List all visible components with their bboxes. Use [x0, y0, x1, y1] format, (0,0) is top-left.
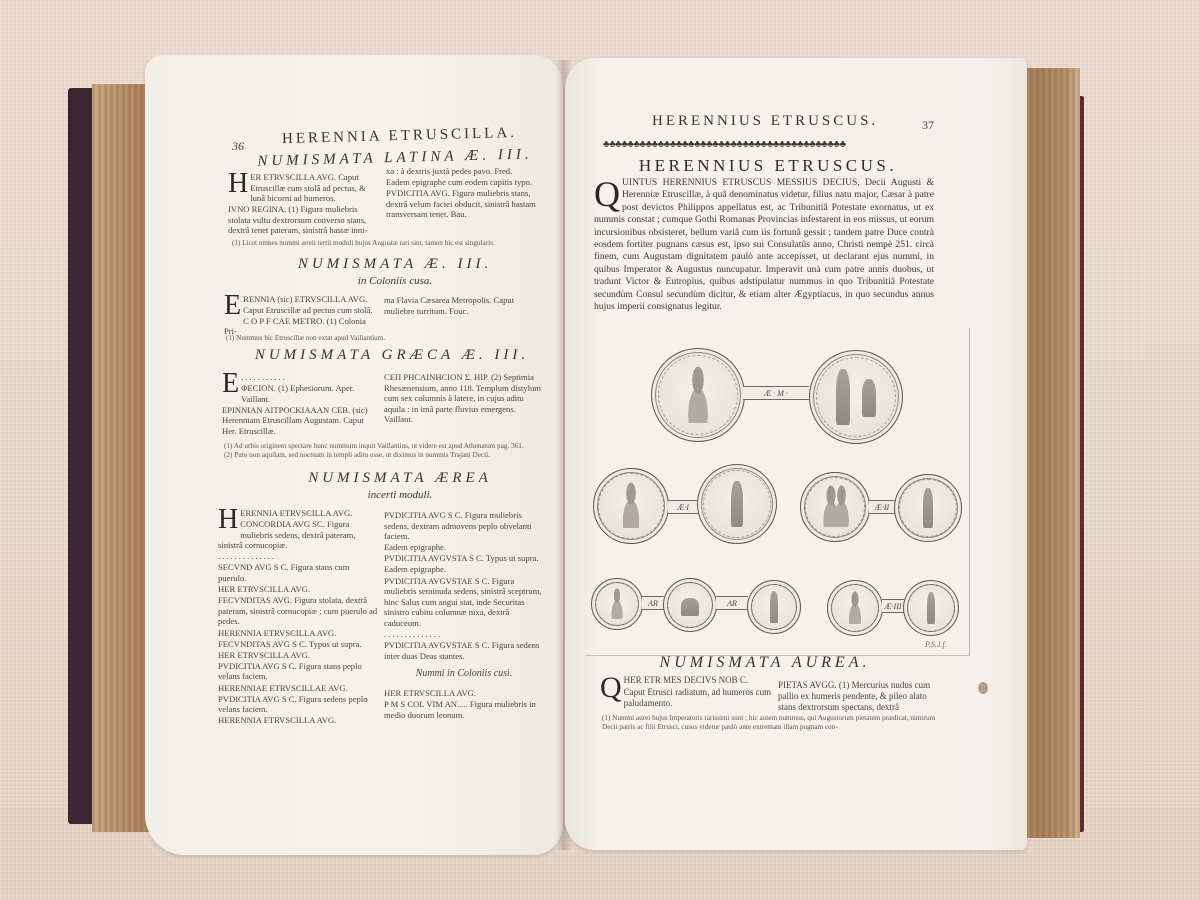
subheading-coloniis: Nummi in Coloniis cusi. [384, 669, 544, 680]
chapter-heading: HERENNIUS ETRUSCUS. [603, 156, 933, 176]
entry-text: PVDICITIA AVG S C. Figura stans peplo ve… [218, 661, 378, 682]
coin-link-label: AR [642, 596, 664, 610]
section-subtitle-coloniis: in Coloniis cusa. [240, 275, 550, 287]
footnote: (1) Licet omnes nummi æreii tertii modul… [232, 239, 542, 248]
paper-stain [978, 682, 988, 694]
entry-text: EPINNIAN AITPOCKIAAAN CEB. (sic) Herenni… [222, 405, 374, 437]
entry-text: CEΠ PHCAINHCION Σ. HIP. (2) Septimia Rhe… [384, 372, 544, 425]
entry-text: PVDICITIA AVG S C. Figura sedens peplo v… [218, 694, 378, 715]
section-title-aurea: NUMISMATA AUREA. [600, 654, 930, 672]
coin-link-label: AR [716, 596, 748, 610]
section-subtitle-incerti: incerti moduli. [240, 489, 560, 501]
section-aerea-col1: H ERENNIA ETRVSCILLA AVG. CONCORDIA AVG … [218, 508, 378, 726]
entry-text: Eadem epigraphe cum eodem capitis typo. [386, 177, 544, 188]
coin-obverse-jugate [800, 472, 870, 542]
section-graeca-col1: E ........... ΦECION. (1) Ephesiorum. Ap… [222, 372, 374, 437]
entry-text: HERENNIAE ETRVSCILLAE AVG. [218, 683, 378, 694]
entry-text: HER ETRVSCILLA AVG. [384, 688, 544, 699]
entry-text: PVDICITIA AVGVSTA S C. Typus ut supra. [384, 553, 544, 564]
entry-text: FECVNDITAS AVG S C. Typus ut supra. [218, 639, 378, 650]
entry-text: ........... [222, 372, 374, 383]
footnote: (1) Nummus hic Etruscillæ non extat apud… [226, 334, 536, 343]
entry-text: HER ETRVSCILLA AVG. [218, 584, 378, 595]
section-title-aerea: NUMISMATA ÆREA [240, 470, 560, 487]
coin-obverse-bust [827, 580, 883, 636]
entry-text: PVDICITIA AVG S C. Figura muliebris sede… [384, 510, 544, 542]
dropcap: E [222, 372, 239, 396]
coin-reverse-horseman [663, 578, 717, 632]
entry-text: .............. [384, 629, 544, 640]
dropcap: H [218, 508, 238, 532]
coin-reverse-standing [697, 464, 777, 544]
section-title-ae3: NUMISMATA Æ. III. [240, 256, 550, 273]
section-ae3-col1: E RENNIA (sic) ETRVSCILLA AVG. Caput Etr… [224, 294, 374, 337]
entry-text: PVDICITIA AVGVSTAE S C. Figura muliebris… [384, 576, 544, 629]
intro-paragraph: Q UINTUS HERENNIUS ETRUSCUS MESSIUS DECI… [594, 177, 934, 313]
section-latina-col2: xa : à dextris juxtà pedes pavo. Fred. E… [386, 166, 544, 220]
section-title-graeca: NUMISMATA GRÆCA Æ. III. [232, 347, 552, 364]
entry-text: ER ETRVSCILLA AVG. Caput Etruscillæ cum … [228, 172, 378, 204]
entry-text: Eadem epigraphe. [384, 542, 544, 553]
intro-text: UINTUS HERENNIUS ETRUSCUS MESSIUS DECIUS… [594, 177, 934, 312]
footnote-text: (2) Puto non aquilam, sed noctuam in tem… [224, 451, 544, 460]
left-page-number: 36 [232, 139, 244, 154]
right-running-head: HERENNIUS ETRUSCUS. [652, 113, 878, 130]
section-latina-col1: H ER ETRVSCILLA AVG. Caput Etruscillæ cu… [228, 172, 378, 237]
coin-engraving-plate: Æ · M · Æ·I Æ·II AR AR Æ·III P.S.J.f. [585, 328, 970, 656]
coin-link-label: Æ·I [668, 500, 698, 514]
coin-obverse-radiate [591, 578, 643, 630]
entry-text: ma Flavia Cæsarea Metropolis. Caput muli… [384, 295, 542, 316]
section-aurea-col1: Q HER ETR MES DECIVS NOB C. Caput Etrusc… [600, 675, 778, 709]
entry-text: .............. [218, 551, 378, 562]
entry-text: SECVND AVG S C. Figura stans cum puerulo… [218, 562, 378, 583]
dropcap: Q [600, 675, 622, 701]
entry-text: RENNIA (sic) ETRVSCILLA AVG. Caput Etrus… [224, 294, 374, 315]
entry-text: IVNO REGINA. (1) Figura muliebris stolat… [228, 204, 378, 236]
entry-text: PVDICITIA AVGVSTAE S C. Figura sedens in… [384, 640, 544, 661]
footnote: (1) Ad urbis originem spectare hunc numm… [224, 442, 544, 460]
footnote: (1) Nummi aurei hujus Imperatoris rariss… [602, 714, 947, 732]
dropcap: Q [594, 179, 620, 209]
coin-reverse-standing [747, 580, 801, 634]
entry-text: Caput Etrusci radiatum, ad humeros cum p… [600, 687, 778, 709]
coin-link-label: Æ · M · [743, 386, 809, 400]
ornament-border: ♣♣♣♣♣♣♣♣♣♣♣♣♣♣♣♣♣♣♣♣♣♣♣♣♣♣♣♣♣♣♣♣♣♣♣♣♣♣♣♣ [603, 139, 933, 151]
section-ae3-col2: ma Flavia Cæsarea Metropolis. Caput muli… [384, 295, 542, 317]
entry-text: HERENNIA ETRVSCILLA AVG. [218, 715, 378, 726]
section-graeca-col2: CEΠ PHCAINHCION Σ. HIP. (2) Septimia Rhe… [384, 372, 544, 425]
footnote-text: (1) Ad urbis originem spectare hunc numm… [224, 442, 544, 451]
entry-text: CONCORDIA AVG SC. Figura muliebris seden… [218, 519, 378, 551]
entry-text: HER ETR MES DECIVS NOB C. [600, 675, 778, 686]
section-aurea-col2: PIETAS AVGG. (1) Mercurius nudus cum pal… [778, 680, 940, 714]
coin-obverse-bust [651, 348, 745, 442]
entry-text: FECVNDITAS AVG. Figura stolata, dextrâ p… [218, 595, 378, 627]
coin-link-label: Æ·III [882, 599, 904, 613]
coin-reverse-standing [903, 580, 959, 636]
right-page-number: 37 [922, 118, 934, 133]
engraver-signature: P.S.J.f. [925, 640, 947, 649]
entry-text: xa : à dextris juxtà pedes pavo. Fred. [386, 166, 544, 177]
entry-text: PVDICITIA AVG. Figura muliebris stans, d… [386, 188, 544, 220]
coin-reverse-seated [809, 350, 903, 444]
entry-text: ERENNIA ETRVSCILLA AVG. [218, 508, 378, 519]
section-aerea-col2: PVDICITIA AVG S C. Figura muliebris sede… [384, 510, 544, 721]
coin-reverse-standing [894, 474, 962, 542]
entry-text: Eadem epigraphe. [384, 564, 544, 575]
dropcap: H [228, 172, 248, 196]
entry-text: PIETAS AVGG. (1) Mercurius nudus cum pal… [778, 680, 940, 713]
coin-obverse-bust [593, 468, 669, 544]
dropcap: E [224, 294, 241, 318]
entry-text: ΦECION. (1) Ephesiorum. Aper. Vaillant. [222, 383, 374, 404]
entry-text: HERENNIA ETRVSCILLA AVG. [218, 628, 378, 639]
entry-text: P M S COL VIM AN..... Figura muliebris i… [384, 699, 544, 720]
entry-text: HER ETRVSCILLA AVG. [218, 650, 378, 661]
coin-link-label: Æ·II [869, 500, 895, 514]
